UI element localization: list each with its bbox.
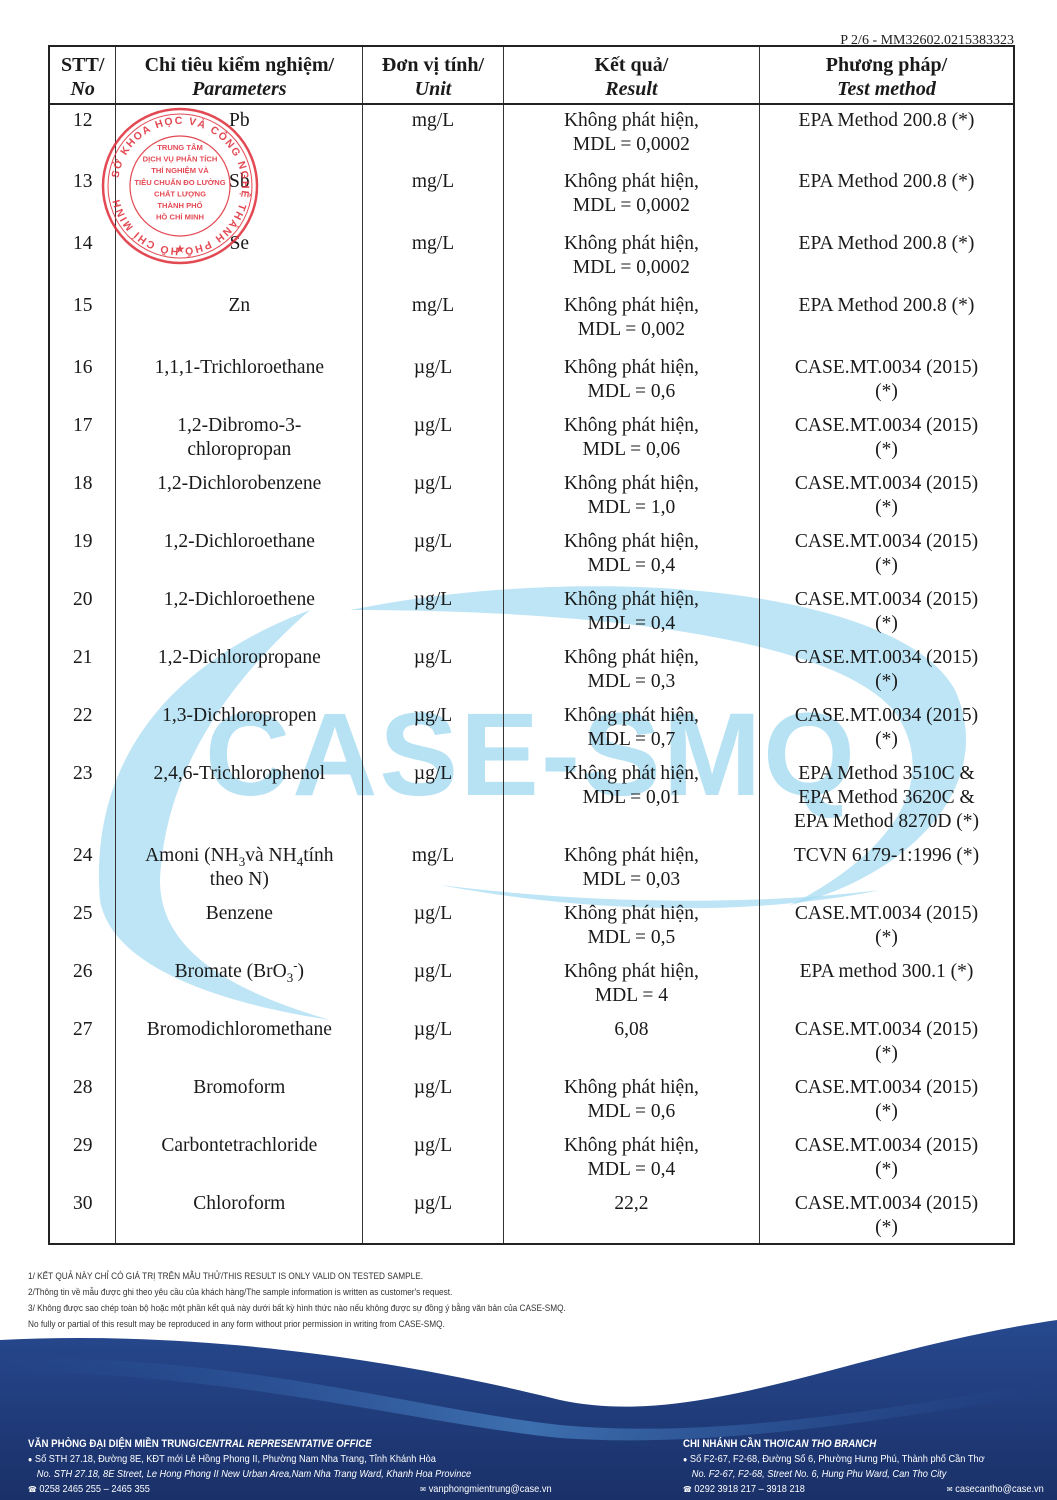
test-method: EPA Method 3510C &EPA Method 3620C &EPA …: [759, 758, 1014, 840]
test-method: CASE.MT.0034 (2015)(*): [759, 1014, 1014, 1072]
table-row: 30Chloroformµg/L22,2CASE.MT.0034 (2015)(…: [49, 1188, 1014, 1244]
row-number: 28: [49, 1072, 116, 1130]
row-number: 16: [49, 352, 116, 410]
result-value: Không phát hiện,MDL = 0,002: [503, 290, 759, 352]
row-number: 20: [49, 584, 116, 642]
parameter-name: 1,3-Dichloropropen: [116, 700, 363, 758]
header-no: STT/No: [49, 46, 116, 104]
unit: µg/L: [363, 410, 504, 468]
test-method: CASE.MT.0034 (2015)(*): [759, 352, 1014, 410]
parameter-name: 1,2-Dibromo-3-chloropropan: [116, 410, 363, 468]
unit: mg/L: [363, 840, 504, 898]
svg-text:TRUNG TÂM: TRUNG TÂM: [157, 143, 203, 152]
unit: µg/L: [363, 758, 504, 840]
table-row: 221,3-Dichloropropenµg/LKhông phát hiện,…: [49, 700, 1014, 758]
test-method: EPA Method 200.8 (*): [759, 228, 1014, 290]
table-row: 29Carbontetrachlorideµg/LKhông phát hiện…: [49, 1130, 1014, 1188]
star-icon: ★: [175, 242, 186, 256]
result-value: Không phát hiện,MDL = 0,4: [503, 584, 759, 642]
test-method: EPA method 300.1 (*): [759, 956, 1014, 1014]
parameter-name: Amoni (NH3và NH4tínhtheo N): [116, 840, 363, 898]
unit: mg/L: [363, 166, 504, 228]
parameter-name: Bromodichloromethane: [116, 1014, 363, 1072]
result-value: Không phát hiện,MDL = 0,7: [503, 700, 759, 758]
central-office-info: VĂN PHÒNG ĐẠI DIỆN MIỀN TRUNG/CENTRAL RE…: [28, 1437, 552, 1497]
test-method: EPA Method 200.8 (*): [759, 166, 1014, 228]
unit: µg/L: [363, 642, 504, 700]
unit: µg/L: [363, 1130, 504, 1188]
header-result: Kết quả/Result: [503, 46, 759, 104]
unit: µg/L: [363, 1014, 504, 1072]
result-value: Không phát hiện,MDL = 0,6: [503, 352, 759, 410]
central-phone: 0258 2465 255 – 2465 355: [39, 1483, 149, 1495]
result-value: Không phát hiện,MDL = 0,3: [503, 642, 759, 700]
table-row: 211,2-Dichloropropaneµg/LKhông phát hiện…: [49, 642, 1014, 700]
unit: mg/L: [363, 104, 504, 166]
result-value: Không phát hiện,MDL = 1,0: [503, 468, 759, 526]
unit: µg/L: [363, 468, 504, 526]
note-2: 2/Thông tin về mẫu được ghi theo yêu cầu…: [28, 1285, 566, 1301]
row-number: 25: [49, 898, 116, 956]
row-number: 23: [49, 758, 116, 840]
unit: µg/L: [363, 1188, 504, 1244]
row-number: 30: [49, 1188, 116, 1244]
unit: µg/L: [363, 526, 504, 584]
unit: µg/L: [363, 700, 504, 758]
central-address-en: No. STH 27.18, 8E Street, Le Hong Phong …: [28, 1467, 552, 1482]
result-value: Không phát hiện,MDL = 0,4: [503, 526, 759, 584]
table-row: 171,2-Dibromo-3-chloropropanµg/LKhông ph…: [49, 410, 1014, 468]
svg-text:HỒ CHÍ MINH: HỒ CHÍ MINH: [156, 212, 204, 222]
cantho-address-en: No. F2-67, F2-68, Street No. 6, Hung Phu…: [683, 1467, 1044, 1482]
table-row: 27Bromodichloromethaneµg/L6,08CASE.MT.00…: [49, 1014, 1014, 1072]
result-value: Không phát hiện,MDL = 0,0002: [503, 166, 759, 228]
central-office-title: VĂN PHÒNG ĐẠI DIỆN MIỀN TRUNG/CENTRAL RE…: [28, 1437, 552, 1452]
table-row: 191,2-Dichloroethaneµg/LKhông phát hiện,…: [49, 526, 1014, 584]
cantho-branch-info: CHI NHÁNH CẦN THƠ/CAN THO BRANCH ●Số F2-…: [683, 1437, 1044, 1497]
cantho-phone: 0292 3918 217 – 3918 218: [694, 1483, 804, 1495]
table-row: 26Bromate (BrO3-)µg/LKhông phát hiện,MDL…: [49, 956, 1014, 1014]
result-value: Không phát hiện,MDL = 0,4: [503, 1130, 759, 1188]
row-number: 26: [49, 956, 116, 1014]
result-value: Không phát hiện,MDL = 0,03: [503, 840, 759, 898]
unit: mg/L: [363, 228, 504, 290]
parameter-name: Zn: [116, 290, 363, 352]
test-method: CASE.MT.0034 (2015)(*): [759, 468, 1014, 526]
test-method: TCVN 6179-1:1996 (*): [759, 840, 1014, 898]
test-method: CASE.MT.0034 (2015)(*): [759, 526, 1014, 584]
row-number: 29: [49, 1130, 116, 1188]
svg-text:DỊCH VỤ PHÂN TÍCH: DỊCH VỤ PHÂN TÍCH: [143, 155, 218, 164]
unit: µg/L: [363, 956, 504, 1014]
unit: µg/L: [363, 584, 504, 642]
test-method: CASE.MT.0034 (2015)(*): [759, 642, 1014, 700]
test-method: CASE.MT.0034 (2015)(*): [759, 700, 1014, 758]
test-method: CASE.MT.0034 (2015)(*): [759, 584, 1014, 642]
footnotes: 1/ KẾT QUẢ NÀY CHỈ CÓ GIÁ TRỊ TRÊN MẪU T…: [28, 1269, 566, 1333]
table-row: 28Bromoformµg/LKhông phát hiện,MDL = 0,6…: [49, 1072, 1014, 1130]
note-3: 3/ Không được sao chép toàn bộ hoặc một …: [28, 1301, 566, 1317]
row-number: 27: [49, 1014, 116, 1072]
table-row: 24Amoni (NH3và NH4tínhtheo N)mg/LKhông p…: [49, 840, 1014, 898]
row-number: 22: [49, 700, 116, 758]
cantho-branch-title: CHI NHÁNH CẦN THƠ/CAN THO BRANCH: [683, 1437, 1044, 1452]
parameter-name: 1,2-Dichloropropane: [116, 642, 363, 700]
header-parameters: Chỉ tiêu kiểm nghiệm/Parameters: [116, 46, 363, 104]
result-value: Không phát hiện,MDL = 0,06: [503, 410, 759, 468]
test-method: CASE.MT.0034 (2015)(*): [759, 410, 1014, 468]
location-pin-icon: ●: [683, 1455, 687, 1464]
result-value: Không phát hiện,MDL = 0,01: [503, 758, 759, 840]
table-row: 15Znmg/LKhông phát hiện,MDL = 0,002EPA M…: [49, 290, 1014, 352]
test-method: CASE.MT.0034 (2015)(*): [759, 898, 1014, 956]
parameter-name: 1,2-Dichlorobenzene: [116, 468, 363, 526]
note-4: No fully or partial of this result may b…: [28, 1317, 566, 1333]
result-value: Không phát hiện,MDL = 0,0002: [503, 104, 759, 166]
svg-text:TIÊU CHUẨN ĐO LƯỜNG: TIÊU CHUẨN ĐO LƯỜNG: [134, 178, 225, 187]
row-number: 18: [49, 468, 116, 526]
parameter-name: Chloroform: [116, 1188, 363, 1244]
parameter-name: Bromoform: [116, 1072, 363, 1130]
unit: mg/L: [363, 290, 504, 352]
central-email[interactable]: vanphongmientrung@case.vn: [429, 1483, 552, 1495]
phone-icon: ☎: [28, 1485, 37, 1494]
svg-text:THÀNH PHỐ: THÀNH PHỐ: [157, 200, 202, 210]
table-header-row: STT/No Chỉ tiêu kiểm nghiệm/Parameters Đ…: [49, 46, 1014, 104]
test-method: CASE.MT.0034 (2015)(*): [759, 1130, 1014, 1188]
unit: µg/L: [363, 898, 504, 956]
unit: µg/L: [363, 352, 504, 410]
row-number: 21: [49, 642, 116, 700]
test-method: CASE.MT.0034 (2015)(*): [759, 1072, 1014, 1130]
parameter-name: 1,1,1-Trichloroethane: [116, 352, 363, 410]
row-number: 24: [49, 840, 116, 898]
row-number: 17: [49, 410, 116, 468]
svg-text:CHẤT LƯỢNG: CHẤT LƯỢNG: [154, 188, 206, 198]
result-value: 6,08: [503, 1014, 759, 1072]
parameter-name: Benzene: [116, 898, 363, 956]
parameter-name: 1,2-Dichloroethane: [116, 526, 363, 584]
cantho-email[interactable]: casecantho@case.vn: [955, 1483, 1043, 1495]
official-seal-stamp: SỞ KHOA HỌC VÀ CÔNG NGHỆ THÀNH PHỐ HỒ CH…: [100, 106, 260, 266]
test-method: CASE.MT.0034 (2015)(*): [759, 1188, 1014, 1244]
email-icon: ✉: [947, 1485, 953, 1494]
result-value: Không phát hiện,MDL = 0,0002: [503, 228, 759, 290]
table-row: 181,2-Dichlorobenzeneµg/LKhông phát hiện…: [49, 468, 1014, 526]
parameter-name: Carbontetrachloride: [116, 1130, 363, 1188]
parameter-name: 1,2-Dichloroethene: [116, 584, 363, 642]
email-icon: ✉: [420, 1485, 426, 1494]
test-method: EPA Method 200.8 (*): [759, 104, 1014, 166]
result-value: Không phát hiện,MDL = 0,5: [503, 898, 759, 956]
parameter-name: Bromate (BrO3-): [116, 956, 363, 1014]
test-method: EPA Method 200.8 (*): [759, 290, 1014, 352]
svg-text:THÍ NGHIỆM VÀ: THÍ NGHIỆM VÀ: [151, 166, 209, 175]
header-unit: Đơn vị tính/Unit: [363, 46, 504, 104]
table-body: 12Pbmg/LKhông phát hiện,MDL = 0,0002EPA …: [49, 104, 1014, 1244]
table-row: 161,1,1-Trichloroethaneµg/LKhông phát hi…: [49, 352, 1014, 410]
location-pin-icon: ●: [28, 1455, 32, 1464]
note-1: 1/ KẾT QUẢ NÀY CHỈ CÓ GIÁ TRỊ TRÊN MẪU T…: [28, 1269, 566, 1285]
row-number: 19: [49, 526, 116, 584]
row-number: 15: [49, 290, 116, 352]
result-value: Không phát hiện,MDL = 0,6: [503, 1072, 759, 1130]
header-method: Phương pháp/Test method: [759, 46, 1014, 104]
cantho-address-vi: Số F2-67, F2-68, Đường Số 6, Phường Hưng…: [690, 1453, 985, 1465]
table-row: 25Benzeneµg/LKhông phát hiện,MDL = 0,5CA…: [49, 898, 1014, 956]
parameter-name: 2,4,6-Trichlorophenol: [116, 758, 363, 840]
unit: µg/L: [363, 1072, 504, 1130]
table-row: 201,2-Dichloroetheneµg/LKhông phát hiện,…: [49, 584, 1014, 642]
table-row: 232,4,6-Trichlorophenolµg/LKhông phát hi…: [49, 758, 1014, 840]
result-value: Không phát hiện,MDL = 4: [503, 956, 759, 1014]
result-value: 22,2: [503, 1188, 759, 1244]
phone-icon: ☎: [683, 1485, 692, 1494]
central-address-vi: Số STH 27.18, Đường 8E, KĐT mới Lê Hồng …: [35, 1453, 436, 1465]
